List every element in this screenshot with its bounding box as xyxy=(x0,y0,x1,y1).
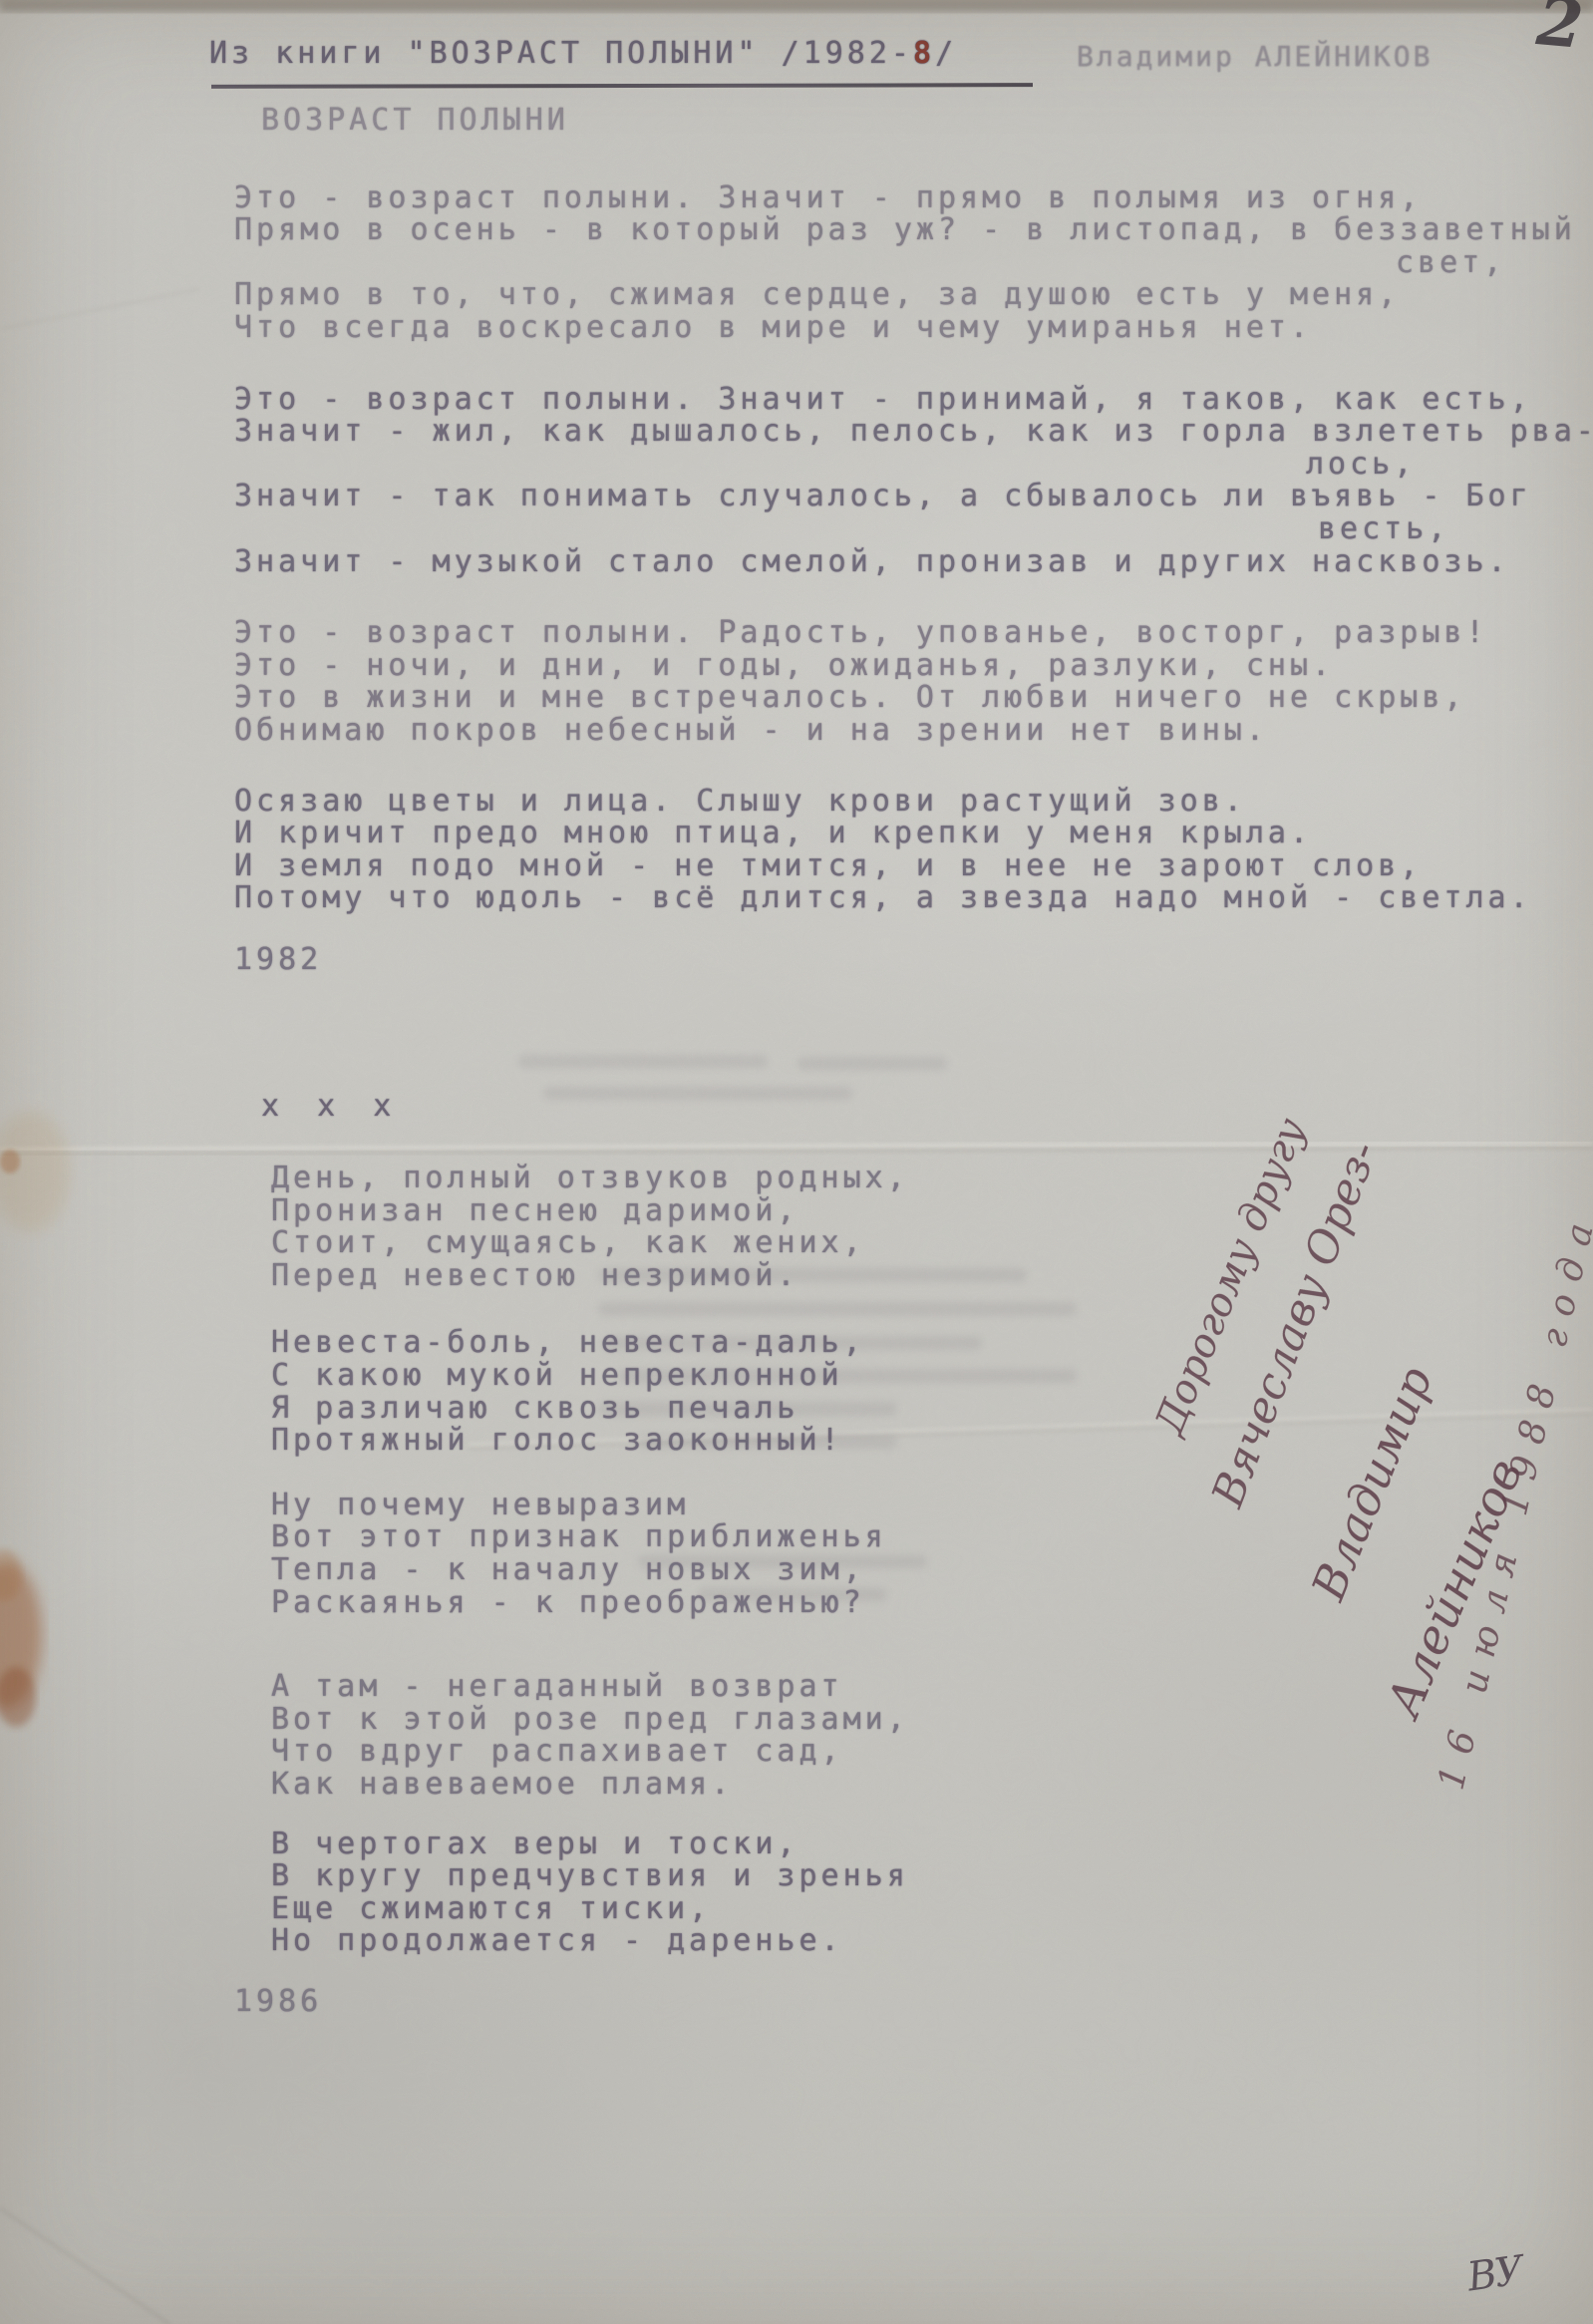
stanza: В чертогах веры и тоски,В кругу предчувс… xyxy=(234,1828,1580,1958)
poem-line: Перед невестою незримой. xyxy=(234,1260,1580,1293)
poem-line: Осязаю цветы и лица. Слышу крови растущи… xyxy=(234,786,1580,819)
poem-line: Это - возраст полыни. Радость, упованье,… xyxy=(234,617,1580,650)
poem-line: В чертогах веры и тоски, xyxy=(234,1828,1580,1861)
poem-line: Пронизан песнею даримой, xyxy=(234,1195,1580,1228)
poem-line: И кричит предо мною птица, и крепки у ме… xyxy=(234,818,1580,850)
poem-line: Значит - жил, как дышалось, пелось, как … xyxy=(234,416,1580,449)
poem-line: Как навеваемое пламя. xyxy=(234,1769,1580,1802)
poem-line: И земля подо мной - не тмится, и в нее н… xyxy=(234,850,1580,883)
stanza: Это - возраст полыни. Радость, упованье,… xyxy=(234,617,1580,747)
poem-line: Прямо в то, что, сжимая сердце, за душою… xyxy=(234,279,1580,312)
poem-2-year: 1986 xyxy=(234,1986,1580,2019)
poem-2-stanzas: День, полный отзвуков родных,Пронизан пе… xyxy=(234,1162,1580,1958)
poem-line: Это - возраст полыни. Значит - принимай,… xyxy=(234,384,1580,417)
poem-line: Потому что юдоль - всё длится, а звезда … xyxy=(234,882,1580,915)
header-closing-slash: / xyxy=(935,36,957,71)
poem-line-continuation: весть, xyxy=(1318,513,1580,546)
poem-line: Невеста-боль, невеста-даль, xyxy=(234,1327,1580,1360)
stanza: День, полный отзвуков родных,Пронизан пе… xyxy=(234,1162,1580,1292)
poem-line: Но продолжается - даренье. xyxy=(234,1925,1580,1958)
corrected-digit: 8 xyxy=(913,36,935,71)
poem-1-stanzas: Это - возраст полыни. Значит - прямо в п… xyxy=(234,182,1580,915)
header-text: Из книги "ВОЗРАСТ ПОЛЫНИ" /1982-8 xyxy=(209,36,935,71)
poem-line: Значит - музыкой стало смелой, пронизав … xyxy=(234,546,1580,579)
author-name: Владимир АЛЕЙНИКОВ xyxy=(1077,40,1433,73)
poem-line: Это - ночи, и дни, и годы, ожиданья, раз… xyxy=(234,650,1580,683)
poem-line: С какою мукой непреклонной xyxy=(234,1360,1580,1393)
poem-line: Стоит, смущаясь, как жених, xyxy=(234,1227,1580,1260)
handwritten-corner-mark: ВУ xyxy=(1464,2247,1524,2300)
poem-line: Обнимаю покров небесный - и на зрении не… xyxy=(234,715,1580,748)
poem-line: Это в жизни и мне встречалось. От любви … xyxy=(234,682,1580,715)
poem-line: Вот к этой розе пред глазами, xyxy=(234,1704,1580,1737)
text-layer: Из книги "ВОЗРАСТ ПОЛЫНИ" /1982-88/ Влад… xyxy=(0,0,1593,2324)
untitled-poem-separator: х х х xyxy=(234,1091,1580,1124)
typewritten-body: ВОЗРАСТ ПОЛЫНИ Это - возраст полыни. Зна… xyxy=(234,105,1580,2019)
poem-line: Это - возраст полыни. Значит - прямо в п… xyxy=(234,182,1580,215)
header-underline xyxy=(211,83,1033,89)
poem-1-year: 1982 xyxy=(234,944,1580,977)
poem-line: Прямо в осень - в который раз уж? - в ли… xyxy=(234,214,1580,247)
book-source-header: Из книги "ВОЗРАСТ ПОЛЫНИ" /1982-88/ xyxy=(209,36,957,71)
poem-line-continuation: свет, xyxy=(1396,247,1580,280)
scanned-typescript-page: Из книги "ВОЗРАСТ ПОЛЫНИ" /1982-88/ Влад… xyxy=(0,0,1593,2324)
stanza: Это - возраст полыни. Значит - прямо в п… xyxy=(234,182,1580,345)
stanza: А там - негаданный возвратВот к этой роз… xyxy=(234,1671,1580,1801)
poem-line: Что вдруг распахивает сад, xyxy=(234,1736,1580,1769)
poem-line: Раскаянья - к преображенью? xyxy=(234,1587,1580,1620)
handwritten-page-number: 2 xyxy=(1534,0,1587,64)
poem-line-continuation: лось, xyxy=(1306,449,1580,482)
stanza: Осязаю цветы и лица. Слышу крови растущи… xyxy=(234,786,1580,915)
poem-line: Еще сжимаются тиски, xyxy=(234,1893,1580,1926)
stanza: Это - возраст полыни. Значит - принимай,… xyxy=(234,384,1580,579)
poem-line: В кругу предчувствия и зренья xyxy=(234,1860,1580,1893)
poem-title: ВОЗРАСТ ПОЛЫНИ xyxy=(234,105,1580,138)
poem-line: Тепла - к началу новых зим, xyxy=(234,1554,1580,1587)
poem-line: Что всегда воскресало в мире и чему умир… xyxy=(234,312,1580,345)
poem-line: Значит - так понимать случалось, а сбыва… xyxy=(234,481,1580,513)
